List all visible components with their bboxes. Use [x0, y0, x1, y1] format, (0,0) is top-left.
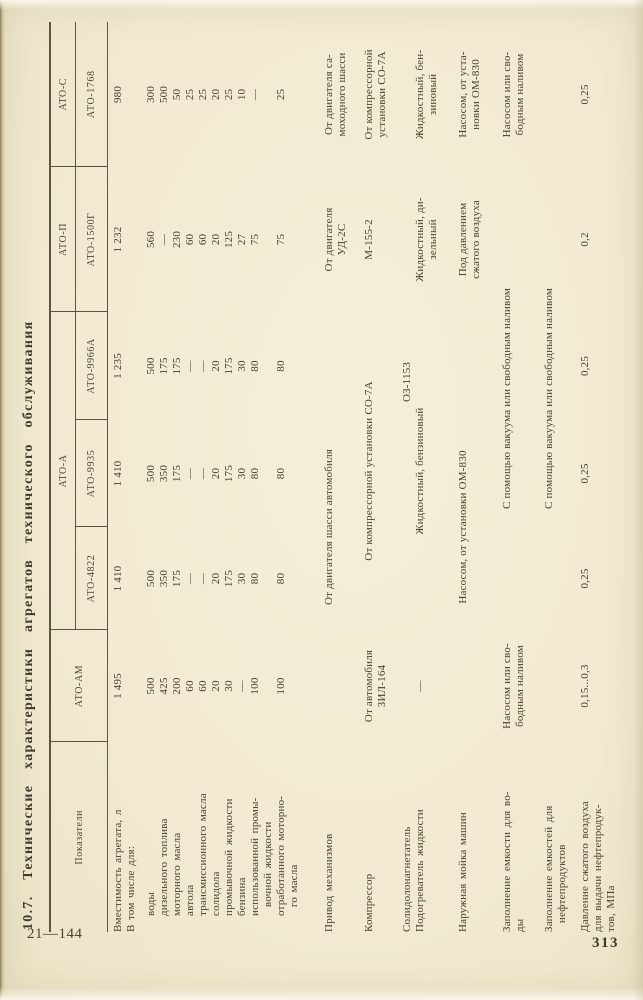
table-cell: 1 495: [108, 630, 126, 742]
table-cell: 30: [236, 312, 249, 420]
table-cell: 0,25: [569, 420, 618, 527]
table-cell: 500: [138, 527, 158, 630]
table-cell: 425: [158, 630, 171, 742]
table-row: Заполнение емкости для во- дыНасосом или…: [483, 22, 527, 932]
row-label: автола: [184, 742, 197, 932]
table-cell: 0,2: [569, 167, 618, 312]
row-label: Заполнение емкостей для нефтепродуктов: [527, 742, 569, 932]
table-cell: 80: [275, 420, 301, 527]
table-row: Привод механизмовОт двигателя шасси авто…: [301, 22, 349, 932]
table-row: использованной промы- вочной жидкости100…: [249, 22, 275, 932]
table-cell: 25: [275, 22, 301, 167]
table-cell: 60: [184, 630, 197, 742]
table-cell: —: [249, 22, 275, 167]
table-cell: Насосом или сво- бодным наливом: [483, 22, 527, 167]
table-row: Подогреватель жидкости—Жидкостный, бензи…: [414, 22, 440, 932]
table-cell: 300: [138, 22, 158, 167]
table-cell: [527, 630, 569, 742]
table-cell: 175: [171, 312, 184, 420]
table-row: Наружная мойка машинНасосом, от установк…: [440, 22, 483, 932]
table-cell: 75: [275, 167, 301, 312]
row-label: Привод механизмов: [301, 742, 349, 932]
table-row: отработанного моторно- го масла100808080…: [275, 22, 301, 932]
table-row: солидола202020202020: [210, 22, 223, 932]
page-spine-edge: [0, 0, 5, 1000]
table-cell: 0,25: [569, 22, 618, 167]
table-cell: 25: [197, 22, 210, 167]
row-label: дизельного топлива: [158, 742, 171, 932]
table-row: Давление сжатого воздуха для выдачи нефт…: [569, 22, 618, 932]
table-cell: 20: [210, 167, 223, 312]
book-page: 10.7. Технические характеристики агрегат…: [0, 0, 643, 1000]
header-sub-ato-9966a: АТО-9966А: [76, 312, 108, 420]
table-cell: От автомобиля ЗИЛ-164: [349, 630, 389, 742]
table-cell: 350: [158, 527, 171, 630]
row-label: Компрессор: [349, 742, 389, 932]
table-cell: —: [184, 312, 197, 420]
table-cell: Жидкостный, ди- зельный: [414, 167, 440, 312]
table-row: КомпрессорОт автомобиля ЗИЛ-164От компре…: [349, 22, 389, 932]
table-cell: 80: [249, 420, 275, 527]
header-sub-ato-1768: АТО-1768: [76, 22, 108, 167]
table-cell: С помощью вакуума или свободным наливом: [527, 167, 569, 630]
row-label: Вместимость агрегата, л: [108, 742, 126, 932]
row-label: трансмиссионного масла: [197, 742, 210, 932]
header-sub-ato-9935: АТО-9935: [76, 420, 108, 527]
table-cell: —: [197, 527, 210, 630]
table-cell: 175: [223, 312, 236, 420]
table-cell: 100: [275, 630, 301, 742]
table-cell: 80: [249, 312, 275, 420]
table-cell: 230: [171, 167, 184, 312]
table-title: 10.7. Технические характеристики агрегат…: [21, 16, 37, 930]
table-cell: 500: [158, 22, 171, 167]
header-sub-ato-4822: АТО-4822: [76, 527, 108, 630]
table-cell: 10: [236, 22, 249, 167]
table-cell: 20: [210, 527, 223, 630]
page-edge-bottom: [0, 987, 643, 1000]
table-body: Вместимость агрегата, л1 4951 4101 4101 …: [108, 22, 619, 932]
table-cell: От двигателя са- моходного шасси: [301, 22, 349, 167]
table-cell: —: [197, 312, 210, 420]
table-cell: 30: [236, 420, 249, 527]
table-row: Вместимость агрегата, л1 4951 4101 4101 …: [108, 22, 126, 932]
table-cell: 200: [171, 630, 184, 742]
header-group-ato-a: АТО-А: [50, 312, 76, 630]
row-label: использованной промы- вочной жидкости: [249, 742, 275, 932]
table-cell: 350: [158, 420, 171, 527]
table-cell: —: [158, 167, 171, 312]
table-row: бензина—3030302710: [236, 22, 249, 932]
table-cell: 20: [210, 22, 223, 167]
table-cell: 1 232: [108, 167, 126, 312]
row-label: бензина: [236, 742, 249, 932]
table-cell: ОЗ-1153: [389, 22, 414, 742]
table-cell: 80: [275, 527, 301, 630]
header-group-ato-p: АТО-П: [50, 167, 76, 312]
page-edge-right: [634, 0, 643, 1000]
row-label: Солидолонагнетатель: [389, 742, 414, 932]
table-cell: 25: [184, 22, 197, 167]
table-cell: 1 410: [108, 420, 126, 527]
row-label: моторного масла: [171, 742, 184, 932]
table-cell: 175: [158, 312, 171, 420]
row-label: Наружная мойка машин: [440, 742, 483, 932]
table-row: трансмиссионного масла60———6025: [197, 22, 210, 932]
table-cell: —: [197, 420, 210, 527]
table-cell: Под давлением сжатого воздуха: [440, 167, 483, 312]
table-cell: 0,25: [569, 312, 618, 420]
table-cell: 75: [249, 167, 275, 312]
row-label: промывочной жидкости: [223, 742, 236, 932]
table-cell: 20: [210, 312, 223, 420]
table-cell: Насосом или сво- бодным наливом: [483, 630, 527, 742]
print-run-mark: 21—144: [27, 926, 83, 943]
table-cell: 500: [138, 312, 158, 420]
row-label: Давление сжатого воздуха для выдачи нефт…: [569, 742, 618, 932]
table-cell: 980: [108, 22, 126, 167]
table-row: СолидолонагнетательОЗ-1153: [389, 22, 414, 932]
table-cell: —: [236, 630, 249, 742]
table-cell: Насосом, от уста- новки ОМ-830: [440, 22, 483, 167]
row-label: солидола: [210, 742, 223, 932]
table-cell: 125: [223, 167, 236, 312]
table-cell: С помощью вакуума или свободным наливом: [483, 167, 527, 630]
table-cell: 175: [171, 527, 184, 630]
table-row: В том числе для:: [125, 22, 138, 932]
row-label: Подогреватель жидкости: [414, 742, 440, 932]
header-col-ato-am: АТО-АМ: [50, 630, 108, 742]
table-row: Заполнение емкостей для нефтепродуктовС …: [527, 22, 569, 932]
page-number: 313: [592, 935, 619, 952]
table-cell: От компрессорной установки СО-7А: [349, 22, 389, 167]
table-cell: 175: [223, 420, 236, 527]
table-cell: 100: [249, 630, 275, 742]
table-header: Показатели АТО-АМ АТО-А АТО-П АТО-С АТО-…: [50, 22, 108, 932]
table-cell: 60: [197, 630, 210, 742]
table-cell: 30: [236, 527, 249, 630]
table-cell: 80: [275, 312, 301, 420]
table-cell: От двигателя УД-2С: [301, 167, 349, 312]
table-cell: 80: [249, 527, 275, 630]
table-cell: —: [184, 527, 197, 630]
table-cell: 175: [171, 420, 184, 527]
row-label: воды: [138, 742, 158, 932]
table-cell: 1 235: [108, 312, 126, 420]
rotated-table-block: 10.7. Технические характеристики агрегат…: [14, 16, 643, 992]
header-col-indicators: Показатели: [50, 742, 108, 932]
table-cell: Насосом, от установки ОМ-830: [440, 312, 483, 742]
table-row: воды500500500500560300: [138, 22, 158, 932]
table-row: дизельного топлива425350350175—500: [158, 22, 171, 932]
table-cell: 50: [171, 22, 184, 167]
table-cell: 25: [223, 22, 236, 167]
row-label: отработанного моторно- го масла: [275, 742, 301, 932]
table-cell: 0,15...0,3: [569, 630, 618, 742]
row-label: В том числе для:: [125, 742, 138, 932]
table-cell: 30: [223, 630, 236, 742]
table-cell: 20: [210, 630, 223, 742]
row-label: Заполнение емкости для во- ды: [483, 742, 527, 932]
table-row: моторного масла20017517517523050: [171, 22, 184, 932]
table-cell: 500: [138, 630, 158, 742]
table-cell: —: [184, 420, 197, 527]
page-edge-top: [0, 0, 643, 10]
table-cell: М-155-2: [349, 167, 389, 312]
table-cell: 500: [138, 420, 158, 527]
table-cell: 560: [138, 167, 158, 312]
table-cell: Жидкостный, бензиновый: [414, 312, 440, 630]
table-cell: 20: [210, 420, 223, 527]
table-cell: 27: [236, 167, 249, 312]
table-cell: 0,25: [569, 527, 618, 630]
table-row: промывочной жидкости3017517517512525: [223, 22, 236, 932]
table-cell: От компрессорной установки СО-7А: [349, 312, 389, 630]
table-cell: От двигателя шасси автомобиля: [301, 312, 349, 742]
table-cell: 175: [223, 527, 236, 630]
table-cell: 60: [184, 167, 197, 312]
table-cell: Жидкостный, бен- зиновый: [414, 22, 440, 167]
table-cell: 1 410: [108, 527, 126, 630]
header-group-ato-s: АТО-С: [50, 22, 76, 167]
table-cell: [527, 22, 569, 167]
table-cell: 60: [197, 167, 210, 312]
table-cell: —: [414, 630, 440, 742]
header-sub-ato-1500g: АТО-1500Г: [76, 167, 108, 312]
specs-table: Показатели АТО-АМ АТО-А АТО-П АТО-С АТО-…: [49, 22, 618, 932]
table-row: автола60———6025: [184, 22, 197, 932]
